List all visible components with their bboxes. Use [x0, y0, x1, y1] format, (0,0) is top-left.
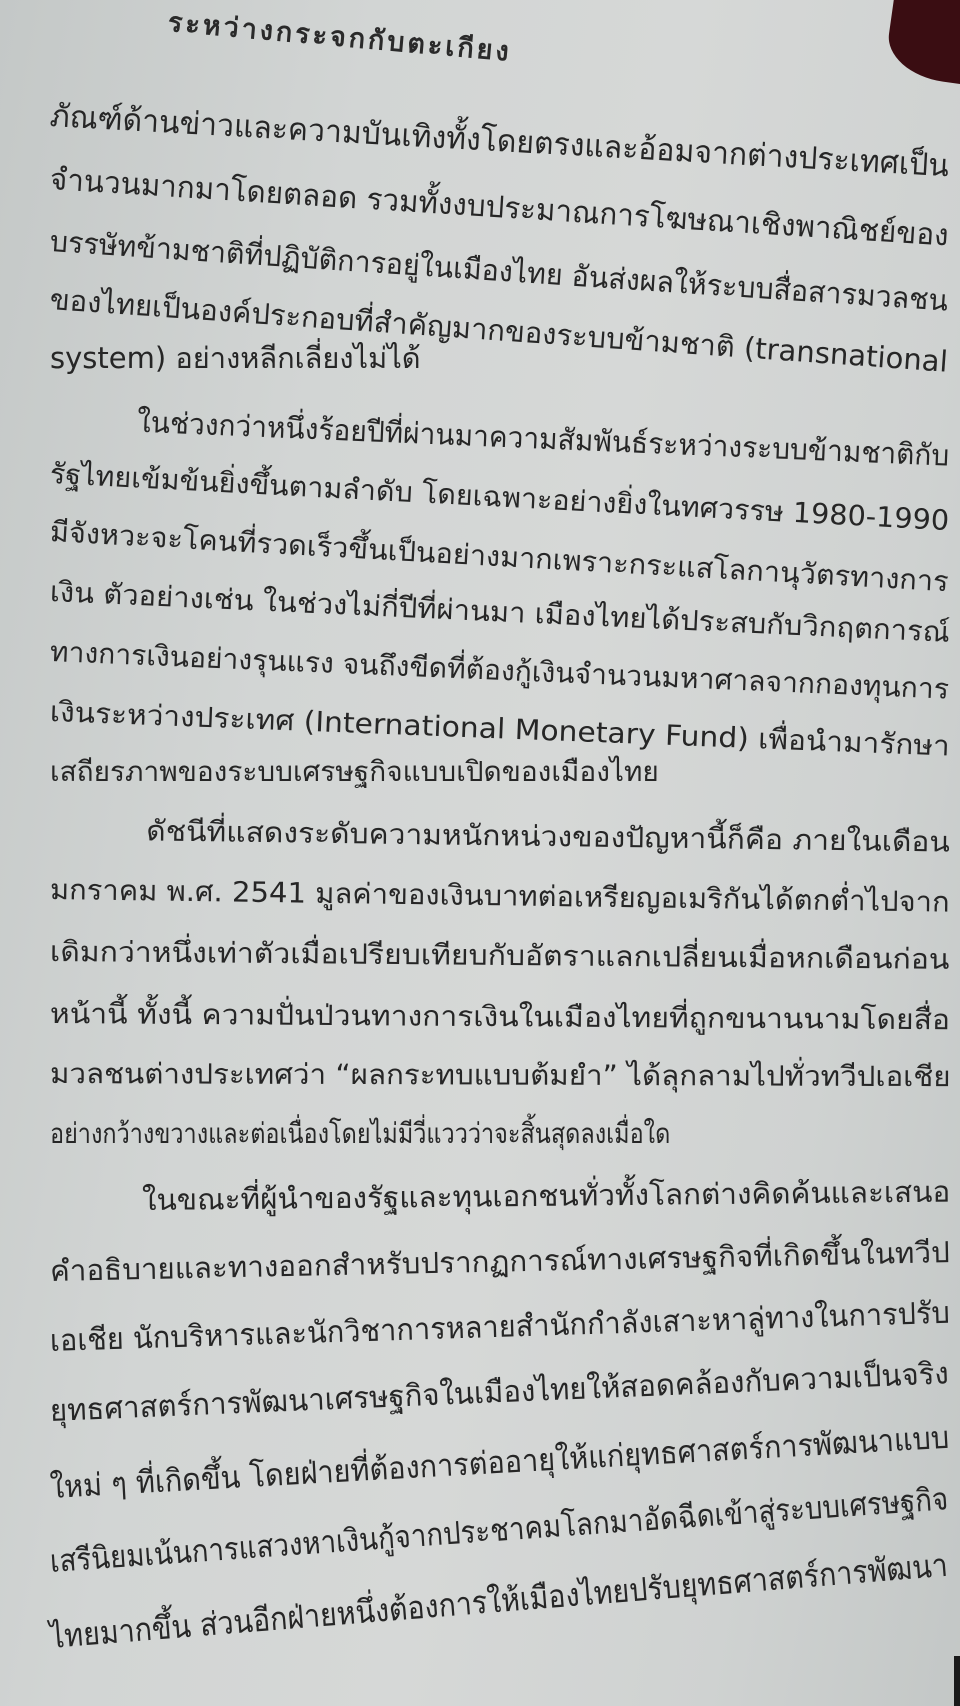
text-line: เสถียรภาพของระบบเศรษฐกิจแบบเปิดของเมืองไ…: [50, 750, 659, 794]
text-line: มกราคม พ.ศ. 2541 มูลค่าของเงินบาทต่อเหรี…: [50, 868, 950, 925]
text-line: มวลชนต่างประเทศว่า “ผลกระทบแบบต้มยำ” ได้…: [50, 1052, 951, 1099]
text-line-indented: ในขณะที่ผู้นำของรัฐและทุนเอกชนทั่วทั้งโล…: [50, 1169, 951, 1224]
text-line: คำอธิบายและทางออกสำหรับปรากฏการณ์ทางเศรษ…: [50, 1229, 951, 1294]
text-line: system) อย่างหลีกเลี่ยงไม่ได้: [50, 335, 421, 381]
text-line: เอเชีย นักบริหารและนักวิชาการหลายสำนักกำ…: [49, 1290, 950, 1365]
text-line: เดิมกว่าหนึ่งเท่าตัวเมื่อเปรียบเทียบกับอ…: [50, 930, 950, 982]
text-line: หน้านี้ ทั้งนี้ ความปั่นป่วนทางการเงินใน…: [50, 992, 950, 1042]
text-line: อย่างกว้างขวางและต่อเนื่องโดยไม่มีวี่แวว…: [50, 1112, 670, 1156]
page-corner-shadow: [883, 0, 960, 86]
page-edge-shadow: [954, 1656, 960, 1706]
running-header: ระหว่างกระจกกับตะเกียง: [166, 0, 513, 73]
book-page: ระหว่างกระจกกับตะเกียง ภัณฑ์ด้านข่าวและค…: [0, 0, 960, 1706]
text-line-indented: ดัชนีที่แสดงระดับความหนักหน่วงของปัญหานี…: [50, 808, 950, 865]
